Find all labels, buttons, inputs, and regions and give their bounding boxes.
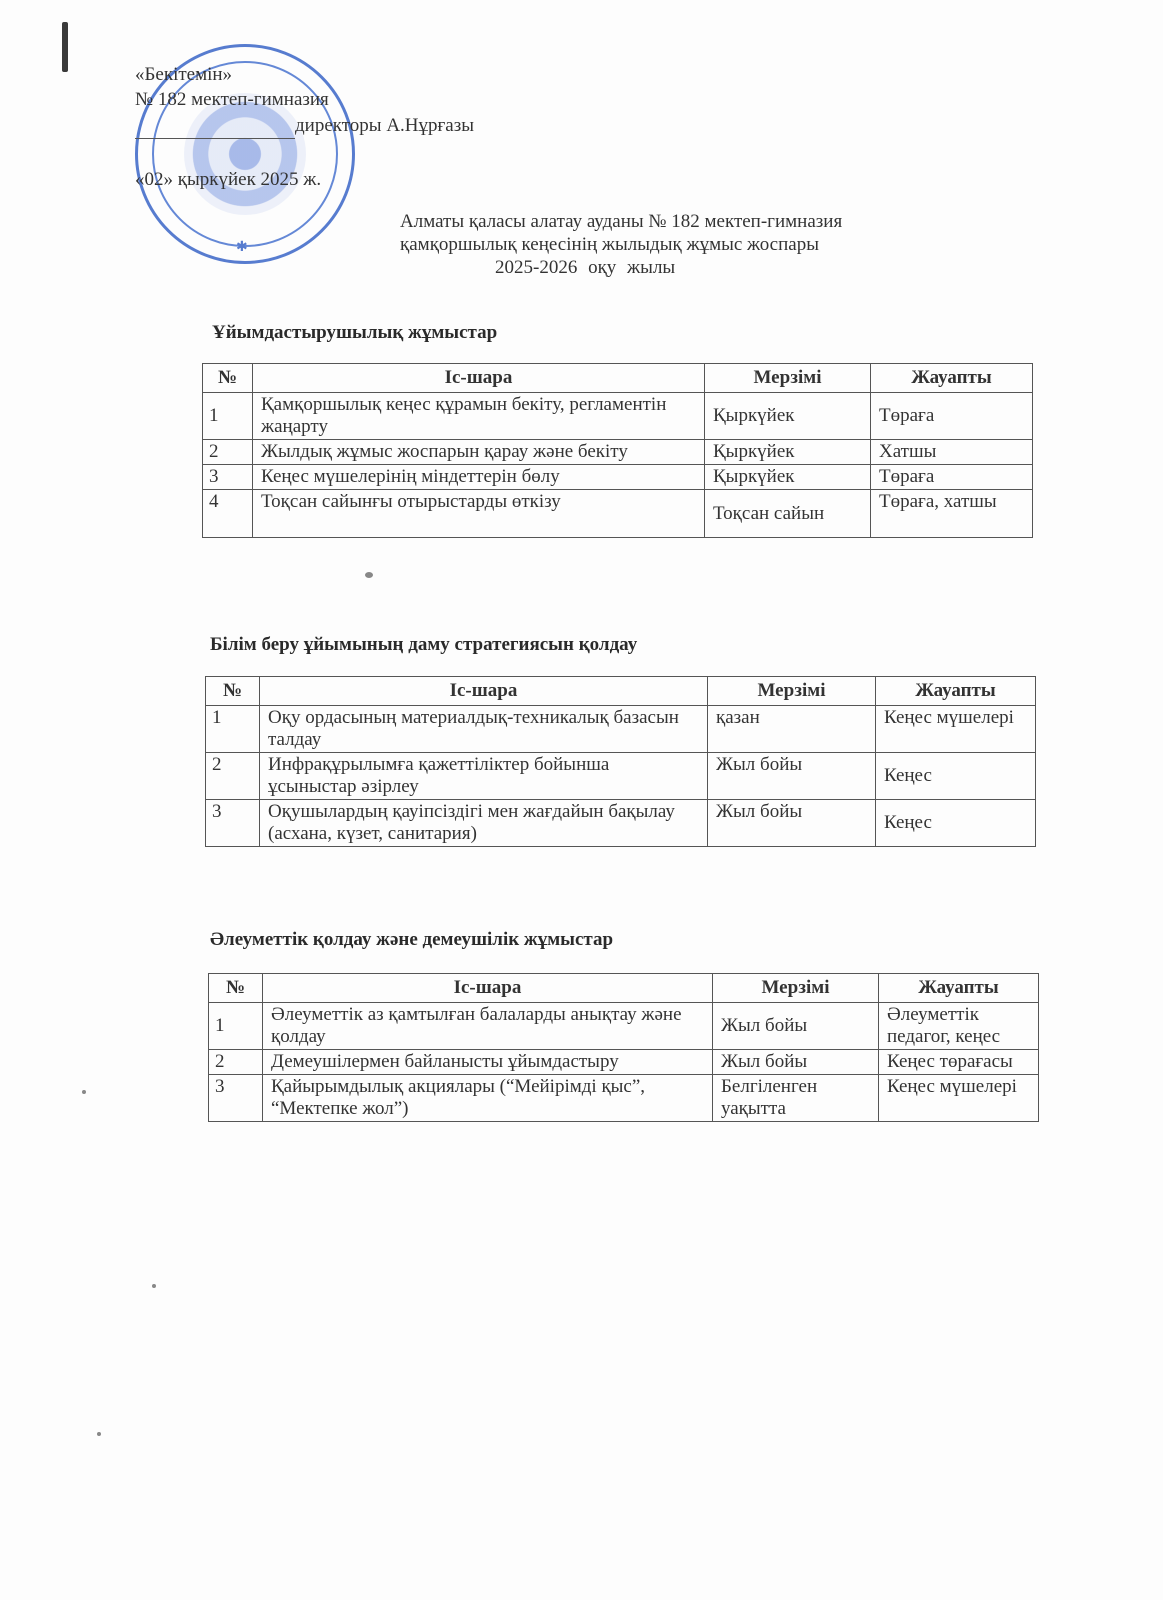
table-row: 1 Әлеуметтік аз қамтылған балаларды анық… [209, 1003, 1039, 1050]
header-num: № [203, 364, 253, 393]
row-event: Оқу ордасының материалдық-техникалық баз… [260, 706, 708, 753]
table-row: 1 Қамқоршылық кеңес құрамын бекіту, регл… [203, 393, 1033, 440]
scan-speck [365, 572, 373, 578]
row-responsible: Кеңес [876, 800, 1036, 847]
row-deadline: Жыл бойы [708, 800, 876, 847]
table-row: 3 Қайырымдылық акциялары (“Мейірімді қыс… [209, 1075, 1039, 1122]
section-heading-organizational: Ұйымдастырушылық жұмыстар [212, 322, 497, 344]
row-num: 3 [209, 1075, 263, 1122]
row-responsible: Хатшы [871, 440, 1033, 465]
document-title: Алматы қаласы алатау ауданы № 182 мектеп… [400, 210, 960, 279]
director-line: директоры А.Нұрғазы [295, 113, 474, 138]
header-event: Іс-шара [253, 364, 705, 393]
table-social-support: № Іс-шара Мерзімі Жауапты 1 Әлеуметтік а… [208, 973, 1039, 1122]
table-header-row: № Іс-шара Мерзімі Жауапты [209, 974, 1039, 1003]
row-event: Әлеуметтік аз қамтылған балаларды анықта… [263, 1003, 713, 1050]
table-row: 3 Оқушылардың қауіпсіздігі мен жағдайын … [206, 800, 1036, 847]
section-heading-strategy: Білім беру ұйымының даму стратегиясын қо… [210, 634, 637, 656]
row-num: 2 [203, 440, 253, 465]
row-deadline: Қыркүйек [705, 440, 871, 465]
row-deadline: Жыл бойы [713, 1050, 879, 1075]
table-organizational: № Іс-шара Мерзімі Жауапты 1 Қамқоршылық … [202, 363, 1033, 538]
row-responsible: Төраға [871, 465, 1033, 490]
row-num: 1 [209, 1003, 263, 1050]
row-responsible: Әлеуметтік педагог, кеңес [879, 1003, 1039, 1050]
header-deadline: Мерзімі [708, 677, 876, 706]
table-row: 2 Инфрақұрылымға қажеттіліктер бойынша ұ… [206, 753, 1036, 800]
header-event: Іс-шара [260, 677, 708, 706]
row-responsible: Кеңес [876, 753, 1036, 800]
section-heading-social-support: Әлеуметтік қолдау және демеушілік жұмыст… [210, 929, 613, 951]
row-responsible: Кеңес төрағасы [879, 1050, 1039, 1075]
row-deadline: қазан [708, 706, 876, 753]
header-responsible: Жауапты [876, 677, 1036, 706]
row-num: 3 [206, 800, 260, 847]
table-row: 1 Оқу ордасының материалдық-техникалық б… [206, 706, 1036, 753]
title-line-2: қамқоршылық кеңесінің жылыдық жұмыс жосп… [400, 233, 960, 256]
row-num: 1 [206, 706, 260, 753]
title-academic-year: 2025-2026 оқу жылы [400, 256, 960, 279]
row-deadline: Белгіленген уақытта [713, 1075, 879, 1122]
row-num: 1 [203, 393, 253, 440]
table-row: 2 Жылдық жұмыс жоспарын қарау және бекіт… [203, 440, 1033, 465]
row-responsible: Кеңес мүшелері [879, 1075, 1039, 1122]
header-responsible: Жауапты [879, 974, 1039, 1003]
scan-speck [97, 1432, 101, 1436]
table-row: 3 Кеңес мүшелерінің міндеттерін бөлу Қыр… [203, 465, 1033, 490]
table-header-row: № Іс-шара Мерзімі Жауапты [206, 677, 1036, 706]
row-num: 3 [203, 465, 253, 490]
row-responsible: Кеңес мүшелері [876, 706, 1036, 753]
table-row: 2 Демеушілермен байланысты ұйымдастыру Ж… [209, 1050, 1039, 1075]
row-event: Инфрақұрылымға қажеттіліктер бойынша ұсы… [260, 753, 708, 800]
header-event: Іс-шара [263, 974, 713, 1003]
header-num: № [209, 974, 263, 1003]
row-responsible: Төраға [871, 393, 1033, 440]
row-deadline: Тоқсан сайын [705, 490, 871, 538]
scan-speck [152, 1284, 156, 1288]
title-line-1: Алматы қаласы алатау ауданы № 182 мектеп… [400, 210, 960, 233]
row-event: Оқушылардың қауіпсіздігі мен жағдайын ба… [260, 800, 708, 847]
scan-artifact-mark [62, 22, 68, 72]
row-deadline: Жыл бойы [708, 753, 876, 800]
row-event: Кеңес мүшелерінің міндеттерін бөлу [253, 465, 705, 490]
header-deadline: Мерзімі [705, 364, 871, 393]
header-num: № [206, 677, 260, 706]
star-icon: ✱ [236, 239, 248, 256]
row-event: Жылдық жұмыс жоспарын қарау және бекіту [253, 440, 705, 465]
table-strategy: № Іс-шара Мерзімі Жауапты 1 Оқу ордасыны… [205, 676, 1036, 847]
header-deadline: Мерзімі [713, 974, 879, 1003]
table-header-row: № Іс-шара Мерзімі Жауапты [203, 364, 1033, 393]
row-responsible: Төраға, хатшы [871, 490, 1033, 538]
row-deadline: Жыл бойы [713, 1003, 879, 1050]
approve-label: «Бекітемін» [135, 62, 232, 87]
row-event: Тоқсан сайынғы отырыстарды өткізу [253, 490, 705, 538]
row-event: Қайырымдылық акциялары (“Мейірімді қыс”,… [263, 1075, 713, 1122]
row-num: 2 [209, 1050, 263, 1075]
approval-date: «02» қыркүйек 2025 ж. [135, 167, 321, 192]
row-event: Қамқоршылық кеңес құрамын бекіту, реглам… [253, 393, 705, 440]
row-deadline: Қыркүйек [705, 393, 871, 440]
row-event: Демеушілермен байланысты ұйымдастыру [263, 1050, 713, 1075]
header-responsible: Жауапты [871, 364, 1033, 393]
row-deadline: Қыркүйек [705, 465, 871, 490]
school-line: № 182 мектеп-гимназия [135, 87, 329, 112]
table-row: 4 Тоқсан сайынғы отырыстарды өткізу Тоқс… [203, 490, 1033, 538]
row-num: 4 [203, 490, 253, 538]
signature-line [135, 138, 295, 139]
scan-speck [82, 1090, 86, 1094]
row-num: 2 [206, 753, 260, 800]
